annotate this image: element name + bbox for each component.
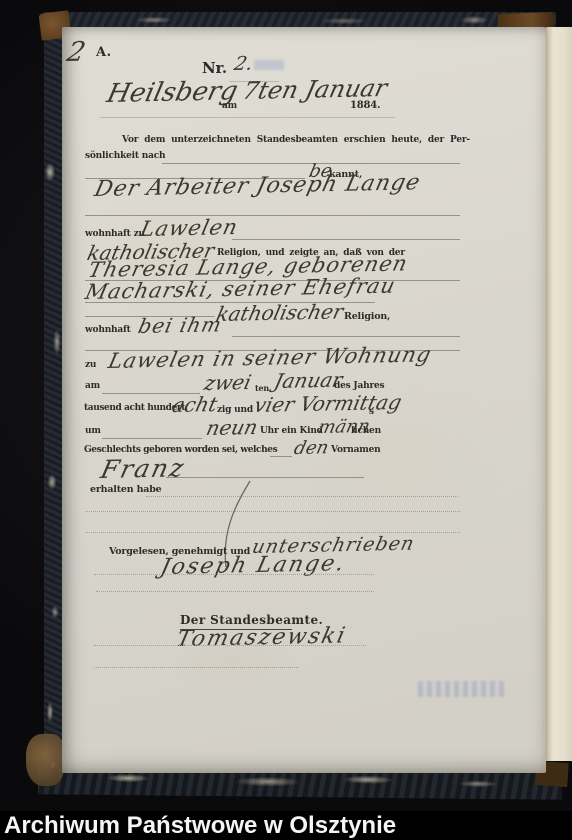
religion2-label: Religion, [344, 311, 390, 322]
zu-label: zu [85, 360, 96, 370]
ruled-line [96, 591, 374, 592]
book-spine-edge [44, 12, 64, 794]
archive-name-text: Archiwum Państwowe w Olsztynie [4, 812, 396, 840]
birthplace-script: Lawelen in seiner Wohnung [106, 342, 434, 373]
ruled-line [102, 438, 202, 439]
wohnhaft-label: wohnhaft [85, 325, 131, 335]
record-number-label: Nr. [202, 59, 227, 77]
ruled-line [94, 574, 374, 575]
leather-corner-bottom-left [26, 734, 64, 786]
den-script: den [292, 437, 331, 459]
declarant-script: Der Arbeiter Joseph Lange [92, 170, 423, 202]
register-page: 2 A. Nr. 2. Heilsberg am 7ten Januar 188… [62, 27, 546, 773]
decade-script: acht [170, 392, 220, 417]
declarant-signature-script: Joseph Lange. [158, 551, 348, 580]
first-name-script: Franz [98, 453, 189, 484]
form-intro-line1: Vor dem unterzeichneten Standesbeamten e… [122, 135, 470, 145]
wohnhaft-zu-label: wohnhaft zu [85, 229, 145, 239]
page-number-annotation: 2 [64, 37, 88, 68]
year-printed: 1884. [350, 100, 380, 111]
lichen-label: lichen [351, 426, 381, 436]
ruled-line [94, 645, 366, 646]
ruled-line [100, 117, 395, 118]
registrar-signature-script: Tomaszewski [174, 623, 349, 652]
record-number-value: 2. [232, 53, 255, 75]
uhr-ein-kind-label: Uhr ein Kind [260, 426, 323, 436]
residence2-script: bei ihm [136, 312, 225, 338]
am-label2: am [85, 381, 100, 391]
ruled-line [94, 667, 299, 668]
faint-blue-archive-stamp [418, 681, 506, 697]
residence-script: Lawelen [138, 215, 241, 241]
birth-day-script: zwei [202, 370, 254, 395]
place-name-script: Heilsberg [104, 76, 241, 109]
archival-scan-photo: 2 A. Nr. 2. Heilsberg am 7ten Januar 188… [0, 0, 572, 840]
zig-und-label: zig und [217, 405, 253, 415]
ruled-line [270, 456, 292, 457]
form-intro-line2: sönlichkeit nach [85, 151, 165, 161]
ruled-line [232, 239, 460, 240]
erhalten-habe-label: erhalten habe [90, 484, 162, 495]
religion2-script: katholischer [214, 299, 346, 326]
hour-script: neun [204, 415, 260, 440]
ruled-line [85, 511, 460, 512]
vornamen-label: Vornamen [331, 445, 380, 455]
archive-watermark-bar: Archiwum Państwowe w Olsztynie [0, 811, 572, 840]
page-stack-edge [546, 27, 572, 761]
um-label: um [85, 426, 101, 436]
ruled-line [166, 477, 364, 478]
year-word-script: vier Vormittag [252, 390, 404, 417]
ten-label: ten [255, 383, 269, 393]
faint-blue-pencil-mark [254, 60, 284, 70]
ruled-line [85, 215, 460, 216]
ruled-line [146, 496, 458, 497]
ruled-line [232, 336, 460, 337]
am-label: am [222, 101, 237, 111]
section-letter: A. [96, 45, 112, 60]
